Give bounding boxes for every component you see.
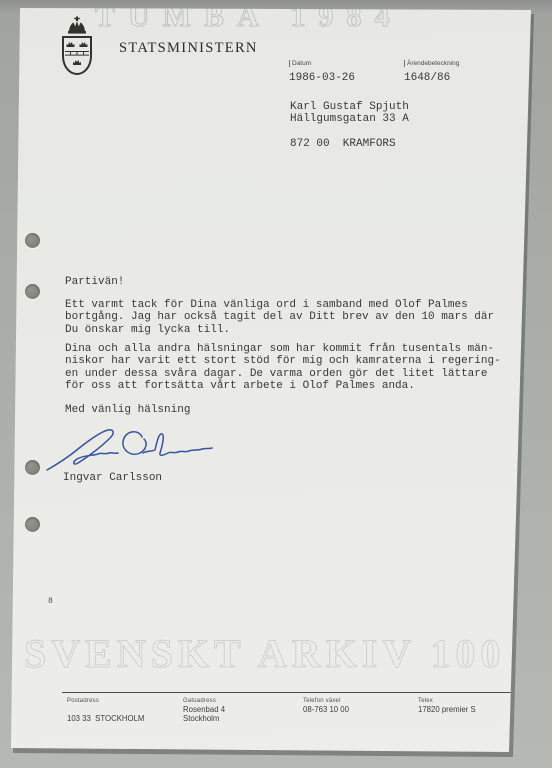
date-label: Datum [289, 60, 311, 67]
watermark-bottom: SVENSKT ARKIV 100 [24, 630, 505, 677]
salutation: Partivän! [65, 276, 124, 288]
footer-label: Gatuadress [183, 698, 293, 705]
photo-of-letter: { "letterhead": { "sender_name": "STATSM… [0, 0, 552, 768]
footer-value: Rosenbad 4 Stockholm [183, 706, 293, 724]
punch-hole [25, 284, 40, 299]
coat-of-arms-icon [59, 16, 95, 76]
watermark-top: TUMBA 1984 [95, 0, 403, 34]
punch-hole [25, 517, 40, 532]
footer-col-gatuadress: Gatuadress Rosenbad 4 Stockholm [183, 698, 293, 724]
signature-autograph [44, 424, 216, 476]
three-crowns-pattern [65, 42, 89, 65]
letter-paper: TUMBA 1984 SVENSKT ARKIV 100 STATSMINIST… [0, 0, 552, 768]
signature-stroke-first-name [47, 430, 118, 470]
footer-value: 08-763 10 00 [303, 706, 413, 715]
sender-name: STATSMINISTERN [119, 40, 258, 57]
footer-divider [62, 692, 527, 693]
reference-field: Ärendebeteckning 1648/86 [404, 52, 459, 84]
body-paragraph-1: Ett varmt tack för Dina vänliga ord i sa… [65, 299, 494, 336]
footer-col-postadress: Postadress 103 33 STOCKHOLM [67, 698, 177, 724]
punch-hole [25, 233, 40, 248]
closing-phrase: Med vänlig hälsning [65, 404, 190, 416]
footer-value: 103 33 STOCKHOLM [67, 706, 177, 724]
footer-col-telefon: Telefon växel 08-763 10 00 [303, 698, 413, 715]
reference-label: Ärendebeteckning [404, 60, 459, 67]
punch-hole [25, 460, 40, 475]
date-field: Datum 1986-03-26 [289, 52, 355, 84]
reference-value: 1648/86 [404, 72, 459, 84]
signature-stroke-last-name [123, 432, 212, 456]
page-number: 8 [48, 597, 53, 606]
footer-label: Postadress [67, 698, 177, 705]
recipient-address: Karl Gustaf Spjuth Hällgumsgatan 33 A 87… [290, 101, 409, 151]
body-paragraph-2: Dina och alla andra hälsningar som har k… [65, 343, 501, 393]
footer-label: Telefon växel [303, 698, 413, 705]
date-value: 1986-03-26 [289, 72, 355, 84]
signer-typed-name: Ingvar Carlsson [63, 472, 162, 484]
